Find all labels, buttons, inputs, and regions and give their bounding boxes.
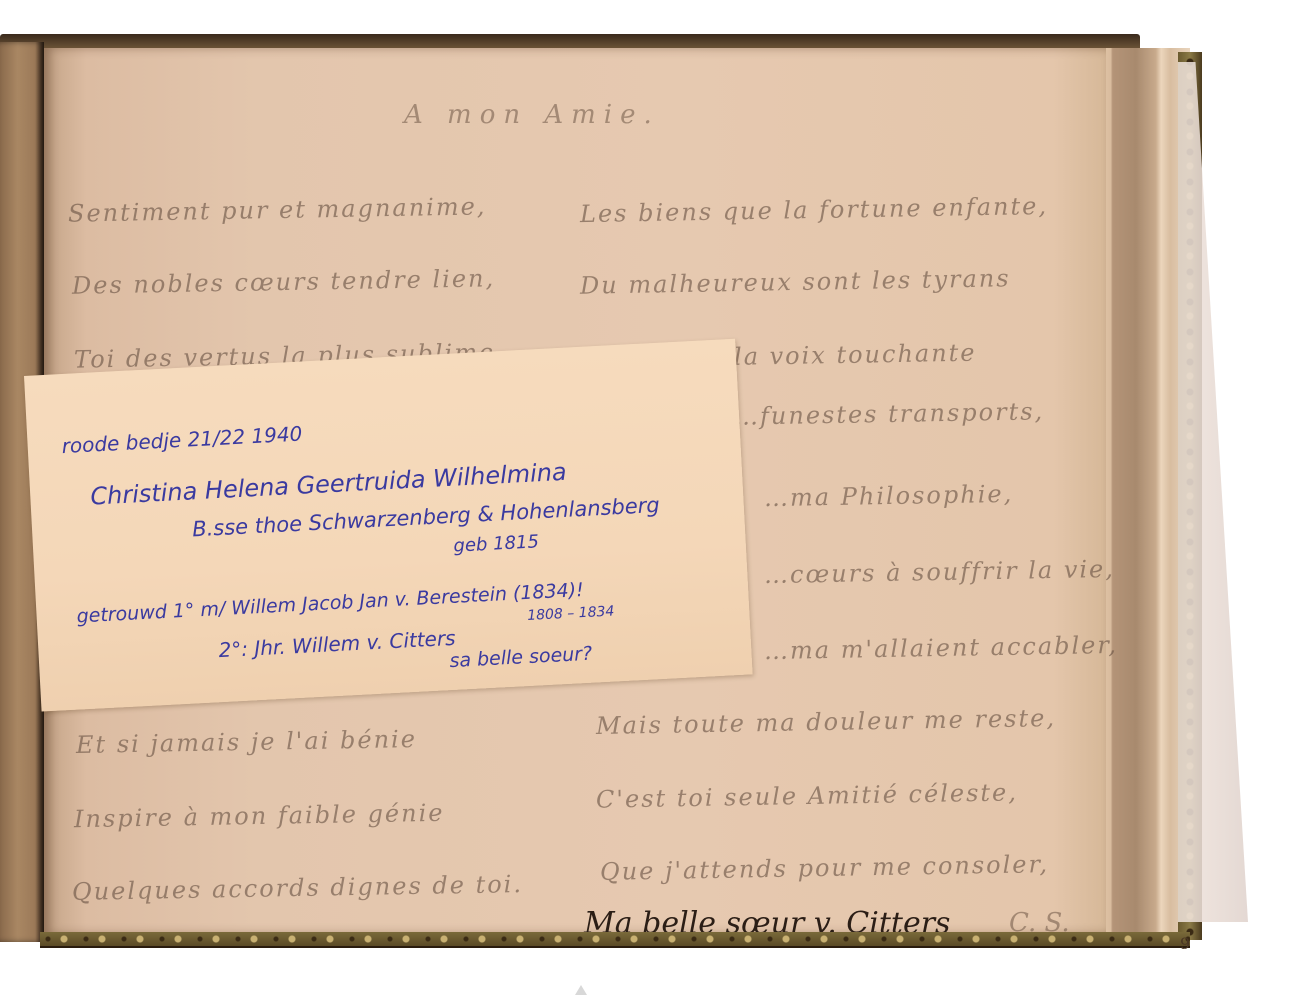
poem-title: A mon Amie. [404, 100, 660, 130]
right-verse-line: Les biens que la fortune enfante, [580, 192, 1048, 228]
card-header: roode bedje 21/22 1940 [61, 422, 303, 459]
left-verse-line: Inspire à mon faible génie [74, 799, 445, 833]
cover-top-edge [0, 34, 1140, 48]
card-married-1-dates: 1808 – 1834 [527, 603, 615, 624]
card-married-1: getrouwd 1° m/ Willem Jacob Jan v. Beres… [76, 579, 584, 628]
left-verse-line: Et si jamais je l'ai bénie [76, 725, 417, 759]
right-verse-line: …ma m'allaient accabler, [764, 631, 1118, 665]
right-verse-line: …cœurs à souffrir la vie, [764, 555, 1115, 589]
card-note: sa belle soeur? [449, 643, 593, 672]
page-number: 9 [1180, 934, 1190, 953]
left-verse-line: Sentiment pur et magnanime, [68, 192, 487, 227]
right-verse-line: …funestes transports, [734, 397, 1045, 430]
gilt-bottom-edge [40, 932, 1190, 948]
right-verse-line: Du malheureux sont les tyrans [580, 264, 1011, 300]
tissue-interleaf [1178, 62, 1248, 922]
watermark-mark [575, 985, 587, 995]
left-verse-line: Des nobles cœurs tendre lien, [72, 264, 496, 299]
right-verse-line: …ma Philosophie, [764, 480, 1014, 512]
right-verse-line: Mais toute ma douleur me reste, [596, 704, 1056, 740]
right-verse-line: C'est toi seule Amitié céleste, [596, 778, 1018, 813]
annotation-card: roode bedje 21/22 1940 Christina Helena … [24, 339, 753, 712]
page-stack-edges [1100, 48, 1190, 934]
right-verse-line: Que j'attends pour me consoler, [600, 850, 1049, 886]
left-verse-line: Quelques accords dignes de toi. [72, 870, 523, 906]
card-married-2: 2°: Jhr. Willem v. Citters [218, 626, 456, 662]
card-born: geb 1815 [453, 531, 539, 556]
